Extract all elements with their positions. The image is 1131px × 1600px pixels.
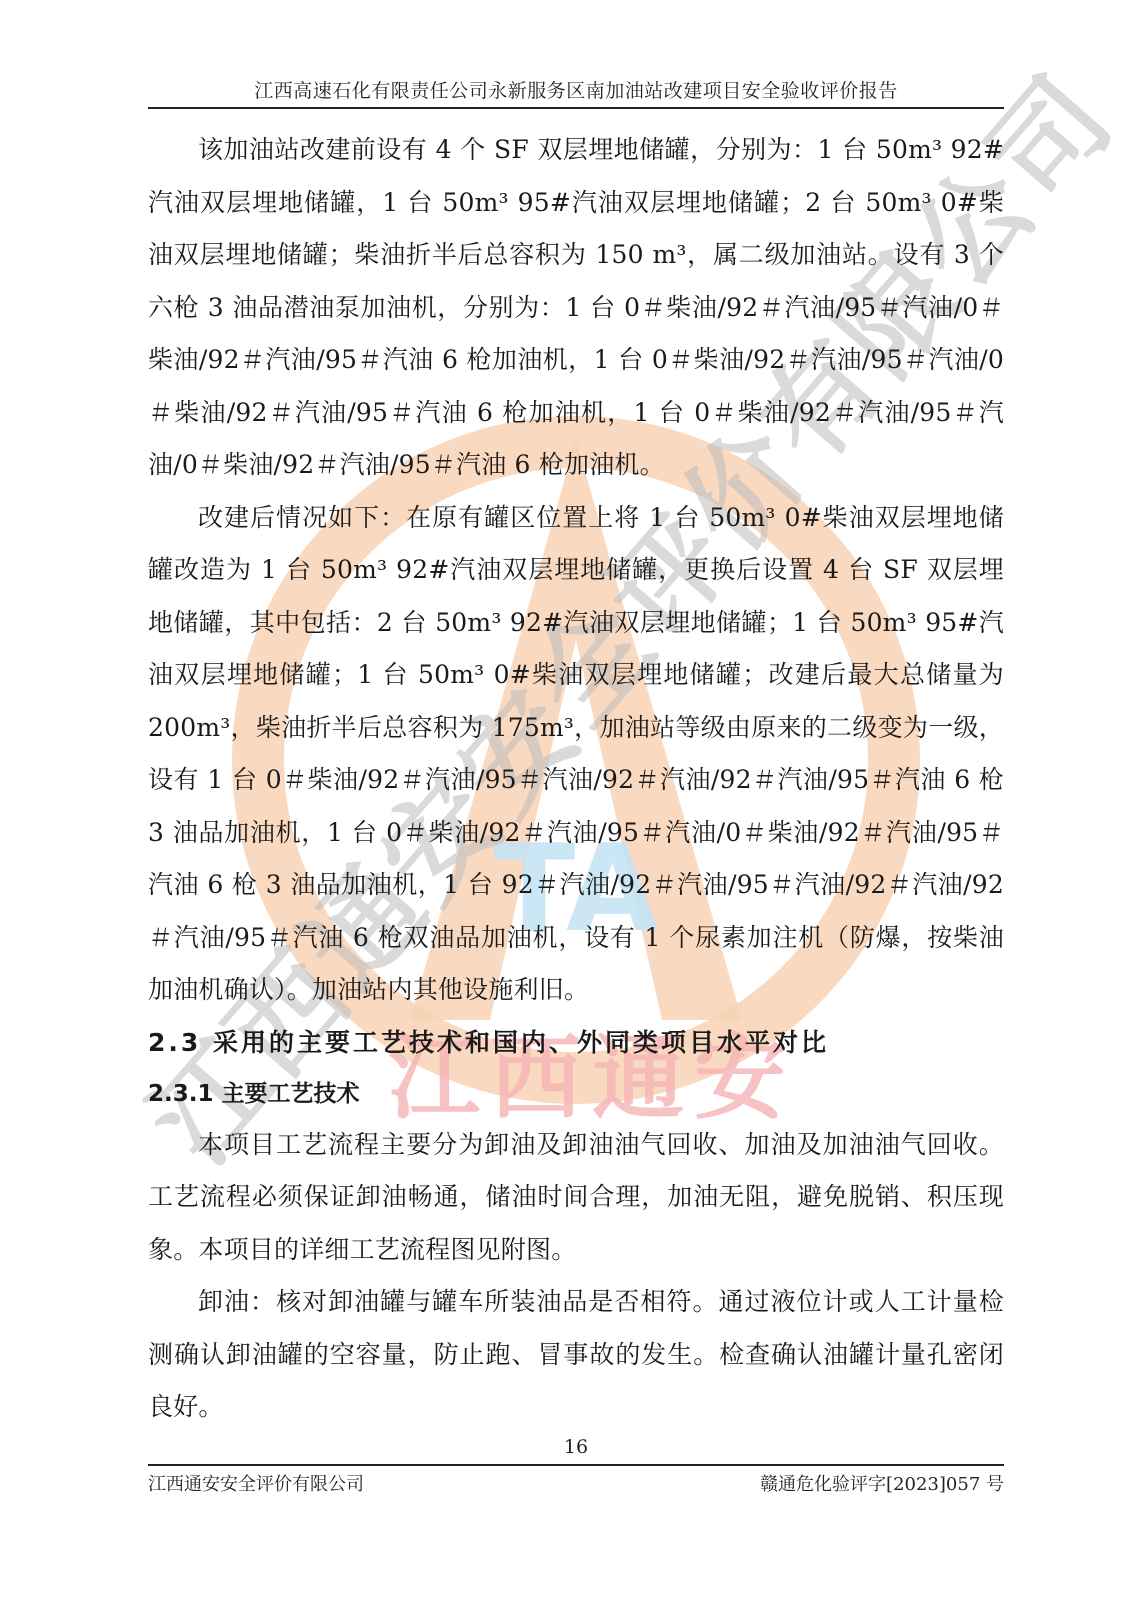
footer-company: 江西通安安全评价有限公司 — [148, 1470, 364, 1496]
paragraph-process-overview: 本项目工艺流程主要分为卸油及卸油油气回收、加油及加油油气回收。工艺流程必须保证卸… — [148, 1119, 1004, 1277]
paragraph-unloading: 卸油：核对卸油罐与罐车所装油品是否相符。通过液位计或人工计量检测确认卸油罐的空容… — [148, 1276, 1004, 1434]
paragraph-after-renovation: 改建后情况如下：在原有罐区位置上将 1 台 50m³ 0#柴油双层埋地储罐改造为… — [148, 492, 1004, 1017]
document-body: 该加油站改建前设有 4 个 SF 双层埋地储罐，分别为：1 台 50m³ 92#… — [148, 124, 1004, 1434]
page-number: 16 — [148, 1436, 1004, 1458]
page-header-title: 江西高速石化有限责任公司永新服务区南加油站改建项目安全验收评价报告 — [148, 76, 1004, 106]
paragraph-before-renovation: 该加油站改建前设有 4 个 SF 双层埋地储罐，分别为：1 台 50m³ 92#… — [148, 124, 1004, 492]
header-divider — [148, 107, 1004, 109]
footer-document-number: 赣通危化验评字[2023]057 号 — [760, 1470, 1004, 1496]
section-heading-2-3: 2.3 采用的主要工艺技术和国内、外同类项目水平对比 — [148, 1017, 1004, 1069]
footer-divider — [148, 1464, 1004, 1466]
subsection-heading-2-3-1: 2.3.1 主要工艺技术 — [148, 1069, 1004, 1119]
